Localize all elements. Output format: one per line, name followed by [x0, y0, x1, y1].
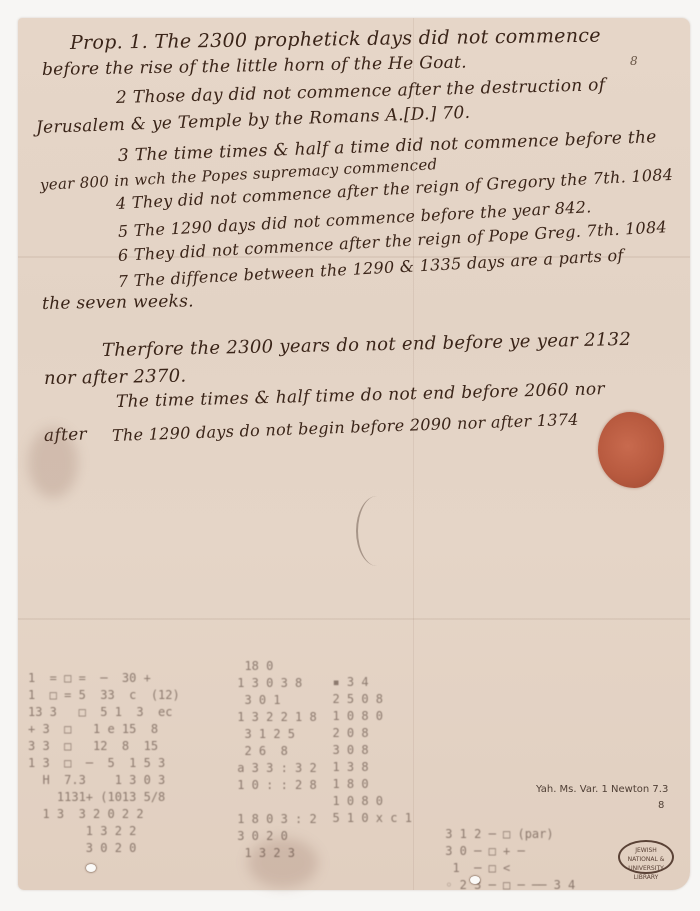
page-number: 8 [630, 54, 638, 68]
prop-number: Prop. 1. [70, 31, 148, 54]
wax-seal [598, 412, 664, 488]
prop-1-line: Prop. 1. The 2300 prophetick days did no… [70, 25, 601, 54]
conclusion-1: Therfore the 2300 years do not end befor… [102, 329, 632, 361]
calculation-block-right: ▪ 3 4 2 5 0 8 1 0 8 0 2 0 8 3 0 8 1 3 8 … [318, 674, 412, 827]
shelfmark-sub: 8 [658, 800, 664, 811]
prop-7-cont: the seven weeks. [42, 291, 194, 314]
shelfmark: Yah. Ms. Var. 1 Newton 7.3 [536, 784, 668, 795]
pen-flourish [356, 496, 398, 566]
calculation-block-middle: 18 0 1 3 0 3 8 3 0 1 1 3 2 2 1 8 3 1 2 5… [230, 658, 317, 862]
prop-1-cont: before the rise of the little horn of th… [42, 53, 467, 80]
stain [28, 428, 78, 498]
calculation-block-left: 1 = □ = ─ 30 + 1 □ = 5 33 c (12) 13 3 □ … [28, 670, 180, 857]
conclusion-2: The time times & half time do not end be… [116, 379, 605, 412]
library-stamp: JEWISH NATIONAL & UNIVERSITY LIBRARY [618, 840, 674, 874]
prop-2-line: 2 Those day did not commence after the d… [116, 75, 606, 108]
prop-2-cont: Jerusalem & ye Temple by the Romans A.[D… [36, 103, 471, 138]
manuscript-page: 8 Prop. 1. The 2300 prophetick days did … [18, 18, 690, 890]
calculation-block-bottom-right: 3 1 2 ─ □ (par) 3 0 ─ □ + ─ 1 ─ □ < ◦ 2 … [438, 826, 575, 894]
prop-text: The 2300 prophetick days did not commenc… [154, 25, 601, 53]
conclusion-3: The 1290 days do not begin before 2090 n… [112, 410, 579, 445]
conclusion-1-cont: nor after 2370. [44, 366, 187, 389]
paper-hole [470, 876, 480, 884]
paper-hole [86, 864, 96, 872]
